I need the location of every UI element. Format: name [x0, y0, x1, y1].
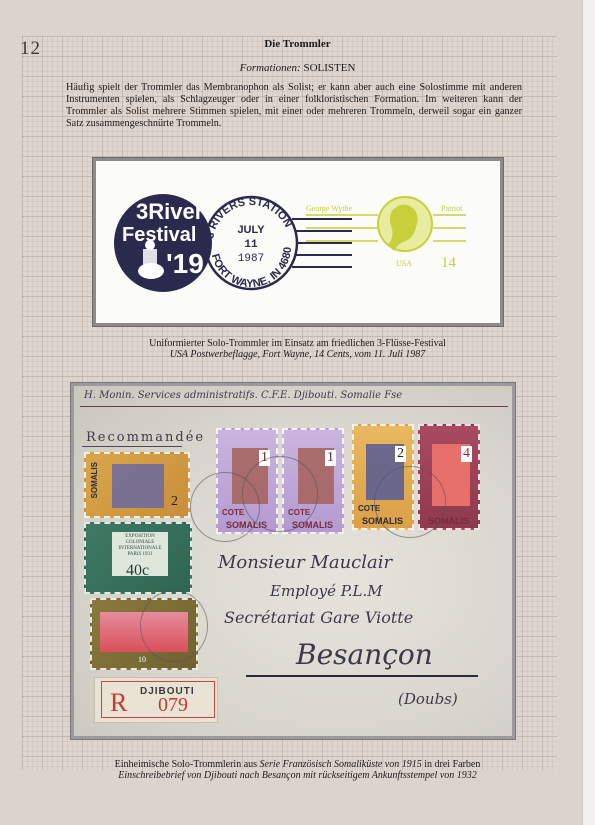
exhibit1-caption-line1: Uniformierter Solo-Trommler im Einsatz a…: [0, 338, 595, 349]
exhibit1-caption: Uniformierter Solo-Trommler im Einsatz a…: [0, 338, 595, 360]
envelope-cutout: 3Rivers Festival '19 3 RIVERS STATION FO…: [92, 157, 504, 327]
svg-text:George Wythe: George Wythe: [306, 204, 353, 213]
address-line5: (Doubs): [398, 690, 458, 708]
stamp-exposition-40c: EXPOSITION COLONIALE INTERNATIONALE PARI…: [84, 522, 192, 594]
registration-label: R DJIBOUTI 079: [94, 677, 218, 723]
cancel-bars: [292, 219, 352, 267]
sender-underline: [80, 406, 508, 407]
svg-text:11: 11: [244, 239, 258, 251]
svg-text:3Rivers: 3Rivers: [136, 199, 216, 224]
svg-text:'19: '19: [166, 248, 204, 279]
cds-postmark-2: [242, 456, 318, 532]
address-underline: [246, 675, 478, 677]
address-line1: Monsieur Mauclair: [218, 552, 392, 573]
page-edge: [582, 0, 595, 825]
page-subtitle: Formationen: SOLISTEN: [0, 62, 595, 74]
exhibit2-caption-line2: Einschreibebrief von Djibouti nach Besan…: [0, 770, 595, 781]
stamp-indicium: George Wythe Patriot USA 14: [306, 197, 466, 271]
recommandee-label: Recommandée: [86, 430, 205, 445]
exhibit2-caption: Einheimische Solo-Trommlerin aus Serie F…: [0, 759, 595, 781]
slogan-cancel-graphic: 3Rivers Festival '19 3 RIVERS STATION FO…: [96, 161, 500, 323]
registered-cover: H. Monin. Services administratifs. C.F.E…: [74, 386, 512, 736]
cds-postmark-3: [374, 466, 446, 538]
svg-text:JULY: JULY: [237, 224, 265, 236]
svg-text:1987: 1987: [238, 253, 264, 265]
address-line2: Employé P.L.M: [270, 582, 383, 600]
intro-paragraph: Häufig spielt der Trommler das Membranop…: [66, 82, 522, 130]
cds-postmark-4: [140, 590, 208, 662]
stamp-somalis-2c: SOMALIS 2: [84, 452, 190, 518]
svg-text:14: 14: [441, 255, 457, 271]
svg-text:USA: USA: [396, 259, 412, 268]
page-title: Die Trommler: [0, 38, 595, 50]
address-line3: Secrétariat Gare Viotte: [224, 608, 413, 627]
envelope-paper: 3Rivers Festival '19 3 RIVERS STATION FO…: [96, 161, 500, 323]
recommandee-underline: [82, 446, 182, 447]
subtitle-italic: Formationen:: [240, 62, 301, 74]
address-line4: Besançon: [296, 638, 433, 671]
registered-cover-frame: H. Monin. Services administratifs. C.F.E…: [70, 382, 516, 740]
festival-logo: 3Rivers Festival '19: [114, 194, 216, 292]
sender-line: H. Monin. Services administratifs. C.F.E…: [84, 390, 402, 401]
subtitle-rest: SOLISTEN: [301, 62, 356, 74]
svg-text:Festival: Festival: [122, 224, 196, 246]
svg-text:Patriot: Patriot: [441, 204, 463, 213]
exhibit2-caption-line1: Einheimische Solo-Trommlerin aus Serie F…: [0, 759, 595, 770]
registration-number: 079: [158, 694, 188, 717]
exhibit1-caption-line2: USA Postwerbeflagge, Fort Wayne, 14 Cent…: [0, 349, 595, 360]
registration-letter: R: [110, 688, 127, 718]
